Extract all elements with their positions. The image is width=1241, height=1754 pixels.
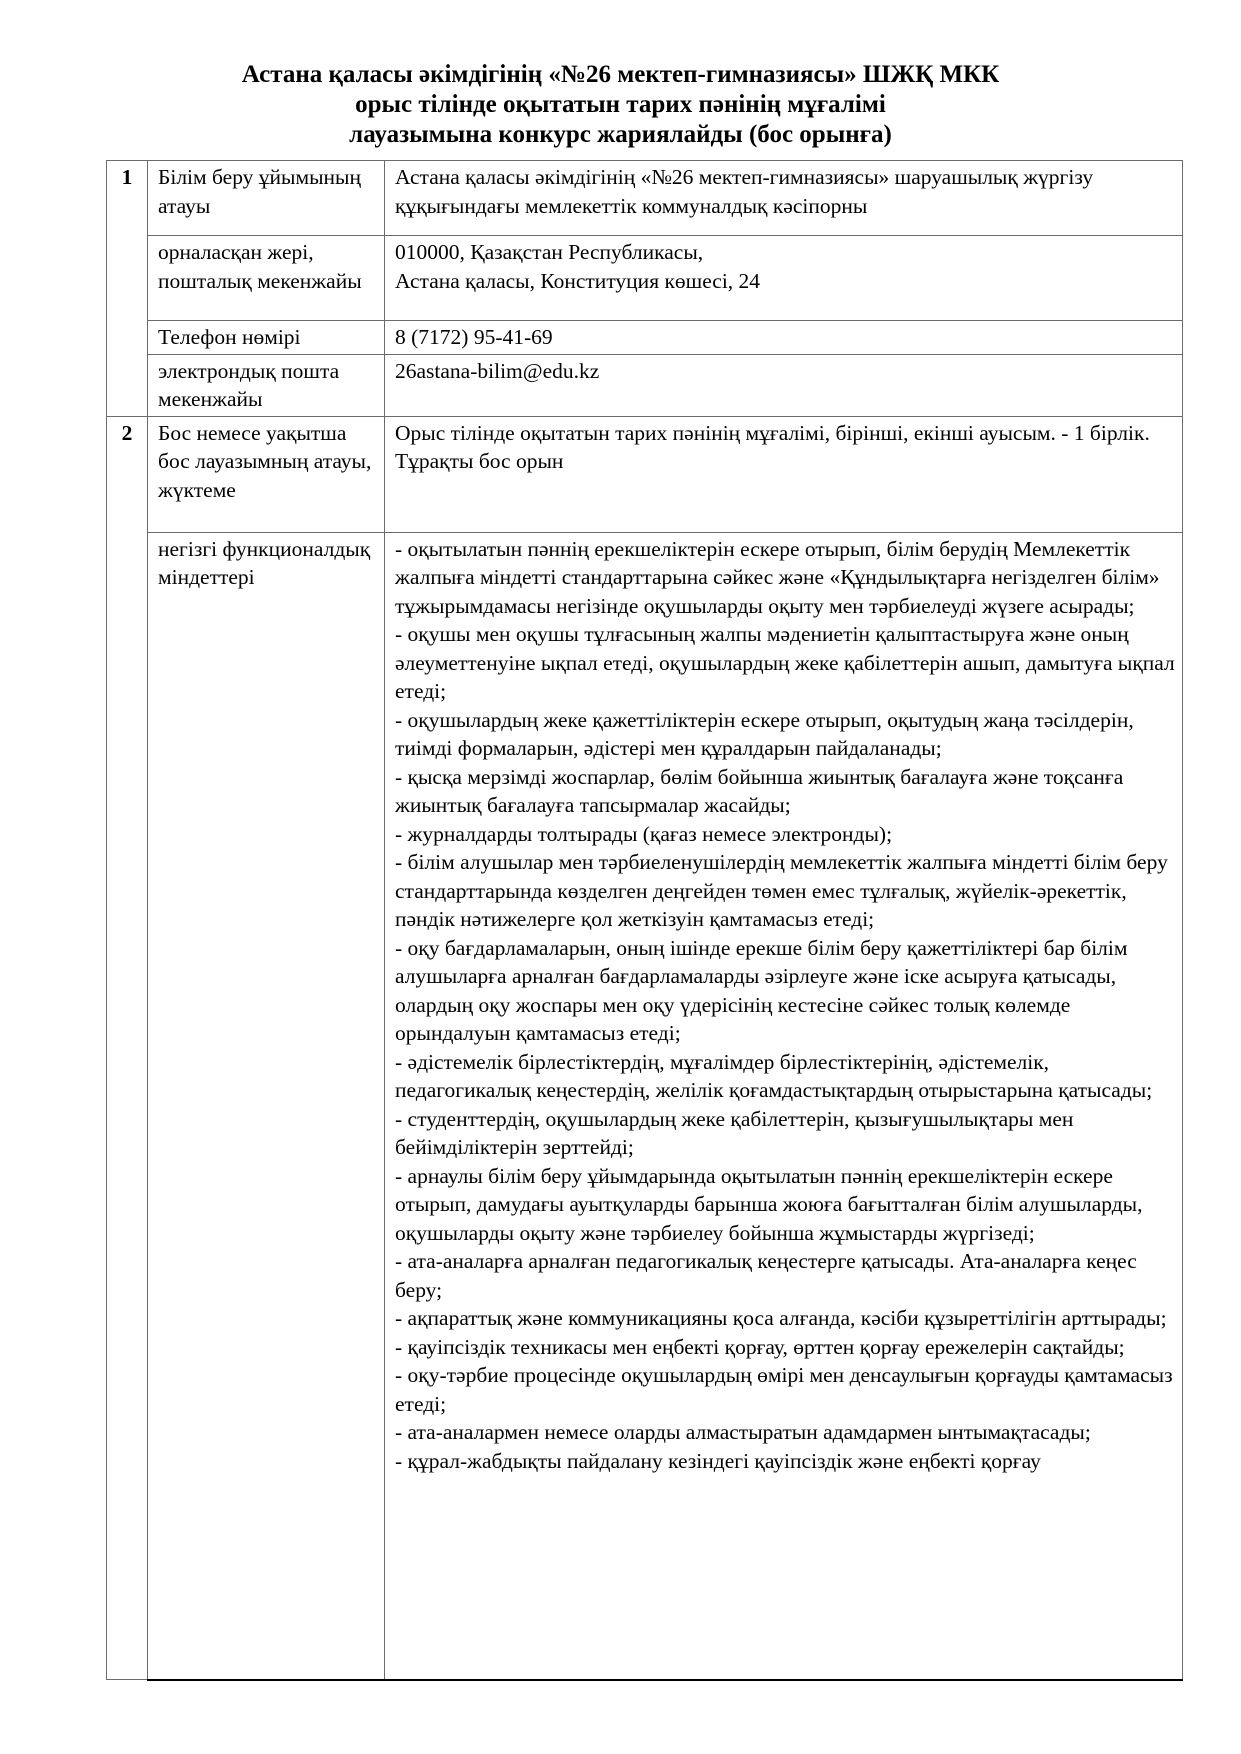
table-row-org-name: 1 Білім беру ұйымының атауы Астана қалас… (107, 161, 1183, 236)
title-line-1: Астана қаласы әкімдігінің «№26 мектеп-ги… (0, 60, 1241, 90)
label-email: электрондық пошта мекенжайы (148, 354, 385, 416)
duty-item: - оқытылатын пәннің ерекшеліктерін ескер… (395, 535, 1175, 621)
duty-item: - оқушы мен оқушы тұлғасының жалпы мәден… (395, 620, 1175, 706)
duty-item: - ақпараттық және коммуникацияны қоса ал… (395, 1304, 1175, 1333)
duty-item: - оқу бағдарламаларын, оның ішінде ерекш… (395, 934, 1175, 1048)
label-address: орналасқан жері, пошталық мекенжайы (148, 236, 385, 321)
duty-item: - студенттердің, оқушылардың жеке қабіле… (395, 1105, 1175, 1162)
table-row-duties: негізгі функционалдық міндеттері - оқыты… (107, 532, 1183, 1680)
value-phone: 8 (7172) 95-41-69 (385, 321, 1183, 355)
duty-item: - журналдарды толтырады (қағаз немесе эл… (395, 820, 1175, 849)
value-org-name: Астана қаласы әкімдігінің «№26 мектеп-ги… (385, 161, 1183, 236)
label-org-name: Білім беру ұйымының атауы (148, 161, 385, 236)
table-row-position: 2 Бос немесе уақытша бос лауазымның атау… (107, 416, 1183, 532)
vacancy-table: 1 Білім беру ұйымының атауы Астана қалас… (106, 160, 1183, 1681)
title-line-3: лауазымына конкурс жариялайды (бос орынғ… (0, 120, 1241, 150)
value-email: 26astana-bilim@edu.kz (385, 354, 1183, 416)
duty-item: - білім алушылар мен тәрбиеленушілердің … (395, 848, 1175, 934)
section-number-2: 2 (107, 416, 148, 1680)
duty-item: - ата-аналармен немесе оларды алмастырат… (395, 1418, 1175, 1447)
title-line-2: орыс тілінде оқытатын тарих пәнінің мұға… (0, 90, 1241, 120)
duty-item: - арнаулы білім беру ұйымдарында оқытыла… (395, 1162, 1175, 1248)
value-address: 010000, Қазақстан Республикасы, Астана қ… (385, 236, 1183, 321)
value-duties: - оқытылатын пәннің ерекшеліктерін ескер… (385, 532, 1183, 1680)
duty-item: - қысқа мерзімді жоспарлар, бөлім бойынш… (395, 763, 1175, 820)
duty-item: - құрал-жабдықты пайдалану кезіндегі қау… (395, 1447, 1175, 1476)
document-title: Астана қаласы әкімдігінің «№26 мектеп-ги… (0, 60, 1241, 150)
table-row-phone: Телефон нөмірі 8 (7172) 95-41-69 (107, 321, 1183, 355)
value-position: Орыс тілінде оқытатын тарих пәнінің мұға… (385, 416, 1183, 532)
duty-item: - қауіпсіздік техникасы мен еңбекті қорғ… (395, 1333, 1175, 1362)
duty-item: - оқушылардың жеке қажеттіліктерін ескер… (395, 706, 1175, 763)
label-position: Бос немесе уақытша бос лауазымның атауы,… (148, 416, 385, 532)
label-duties: негізгі функционалдық міндеттері (148, 532, 385, 1680)
duty-item: - ата-аналарға арналған педагогикалық ке… (395, 1247, 1175, 1304)
section-number-1: 1 (107, 161, 148, 417)
duty-item: - оқу-тәрбие процесінде оқушылардың өмір… (395, 1361, 1175, 1418)
label-phone: Телефон нөмірі (148, 321, 385, 355)
duty-item: - әдістемелік бірлестіктердің, мұғалімде… (395, 1048, 1175, 1105)
table-row-email: электрондық пошта мекенжайы 26astana-bil… (107, 354, 1183, 416)
table-row-address: орналасқан жері, пошталық мекенжайы 0100… (107, 236, 1183, 321)
